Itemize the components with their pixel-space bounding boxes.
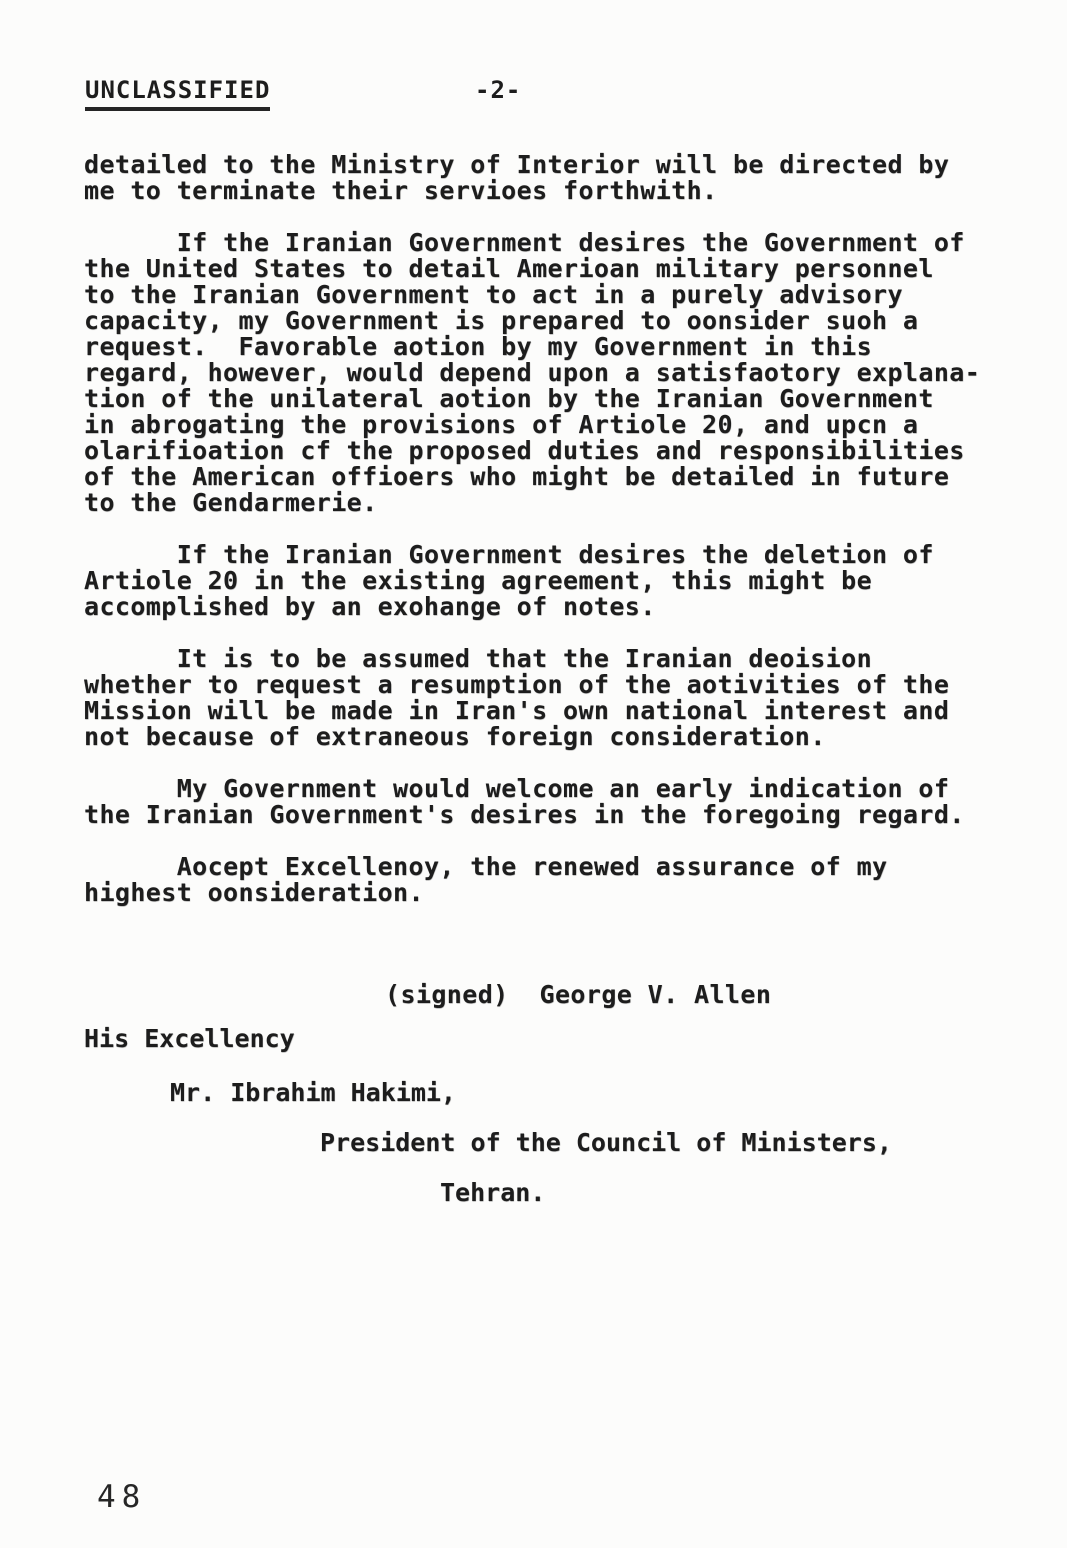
address-line-city: Tehran. [84, 1180, 1014, 1206]
signed-signature-line: (signed) George V. Allen [84, 982, 1014, 1008]
letter-body: detailed to the Ministry of Interior wil… [84, 152, 1014, 1206]
address-line-recipient-name: Mr. Ibrahim Hakimi, [84, 1080, 1014, 1106]
address-line-recipient-title: President of the Council of Ministers, [84, 1130, 1014, 1156]
paragraph-continuation: detailed to the Ministry of Interior wil… [84, 152, 1014, 204]
classification-label: UNCLASSIFIED [85, 76, 270, 111]
signature-block: (signed) George V. Allen His Excellency … [84, 982, 1014, 1206]
header-page-number: -2- [475, 76, 521, 104]
address-line-excellency: His Excellency [84, 1026, 1014, 1052]
document-page: UNCLASSIFIED -2- detailed to the Ministr… [0, 0, 1067, 1548]
paragraph-article-20-deletion: If the Iranian Government desires the de… [84, 542, 1014, 620]
paragraph-early-indication: My Government would welcome an early ind… [84, 776, 1014, 828]
footer-page-number: 48 [97, 1479, 146, 1515]
document-header: UNCLASSIFIED -2- [85, 76, 1007, 111]
paragraph-closing-courtesy: Aocept Excellenoy, the renewed assurance… [84, 854, 1014, 906]
paragraph-iranian-decision: It is to be assumed that the Iranian deo… [84, 646, 1014, 750]
paragraph-advisory-request: If the Iranian Government desires the Go… [84, 230, 1014, 516]
